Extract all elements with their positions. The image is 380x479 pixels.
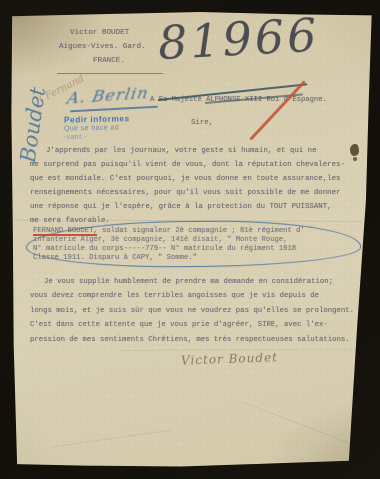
salutation: Sire, xyxy=(191,119,213,127)
paragraph1-line: renseignements nécessaires, pour qu'il v… xyxy=(30,189,340,197)
paragraph2-line: longs mois, et je suis sûr que vous ne v… xyxy=(30,307,354,315)
service-record-line: Classe 1911. Disparu à CAPY, " Somme." xyxy=(33,254,197,262)
margin-vertical-handwriting: Boudet xyxy=(12,58,56,192)
sender-country: FRANCE. xyxy=(93,57,125,65)
typed-underline xyxy=(57,73,163,74)
handwritten-file-number: 81966 xyxy=(157,8,321,70)
paragraph1-line: me sera favorable. xyxy=(30,217,110,225)
service-record-line: N° matricule du corps-----779-- N° matri… xyxy=(33,245,296,253)
signature-flourish xyxy=(70,106,158,113)
stamp-line-2: Que se hace ad xyxy=(64,124,119,132)
paragraph1-line: me surprend pas puisqu'il vient de vous,… xyxy=(30,161,345,169)
stamp-line-1: Pedir informes xyxy=(64,114,130,124)
paragraph2-line: C'est dans cette attente que je vous pri… xyxy=(30,321,328,329)
paragraph2-line: vous devez comprendre les terribles ango… xyxy=(30,292,319,300)
paragraph1-line: J'apprends par les journaux, votre geste… xyxy=(46,147,317,155)
handwritten-signature: Victor Boudet xyxy=(181,350,278,367)
fold-crease xyxy=(120,347,358,350)
sender-town: Aigues-Vives. Gard. xyxy=(59,43,146,51)
ink-blot xyxy=(353,157,357,161)
paragraph2-line: pression de mes sentiments Chrétiens, me… xyxy=(30,336,350,344)
fold-crease xyxy=(242,400,366,449)
paragraph1-line: que est mondiale. C'est pourquoi, je vou… xyxy=(30,175,340,183)
sender-name: Victor BOUDET xyxy=(70,29,129,37)
scanned-letter-page: Victor BOUDET Aigues-Vives. Gard. FRANCE… xyxy=(0,0,380,479)
fold-crease xyxy=(52,430,171,448)
paper-sheet: Victor BOUDET Aigues-Vives. Gard. FRANCE… xyxy=(0,0,380,479)
paragraph2-line: Je vous supplie humblement de prendre ma… xyxy=(44,278,333,286)
paragraph1-line: une réponse qui je l'espère, grâce à la … xyxy=(30,203,332,211)
stamp-line-3: -vant.- xyxy=(64,134,87,141)
ink-blot xyxy=(350,144,359,156)
service-record-line: infanterie Alger, 3è compagnie, 141è dis… xyxy=(33,236,287,244)
service-record-line: FERNAND BOUDET, soldat signaleur 2è comp… xyxy=(33,227,305,235)
